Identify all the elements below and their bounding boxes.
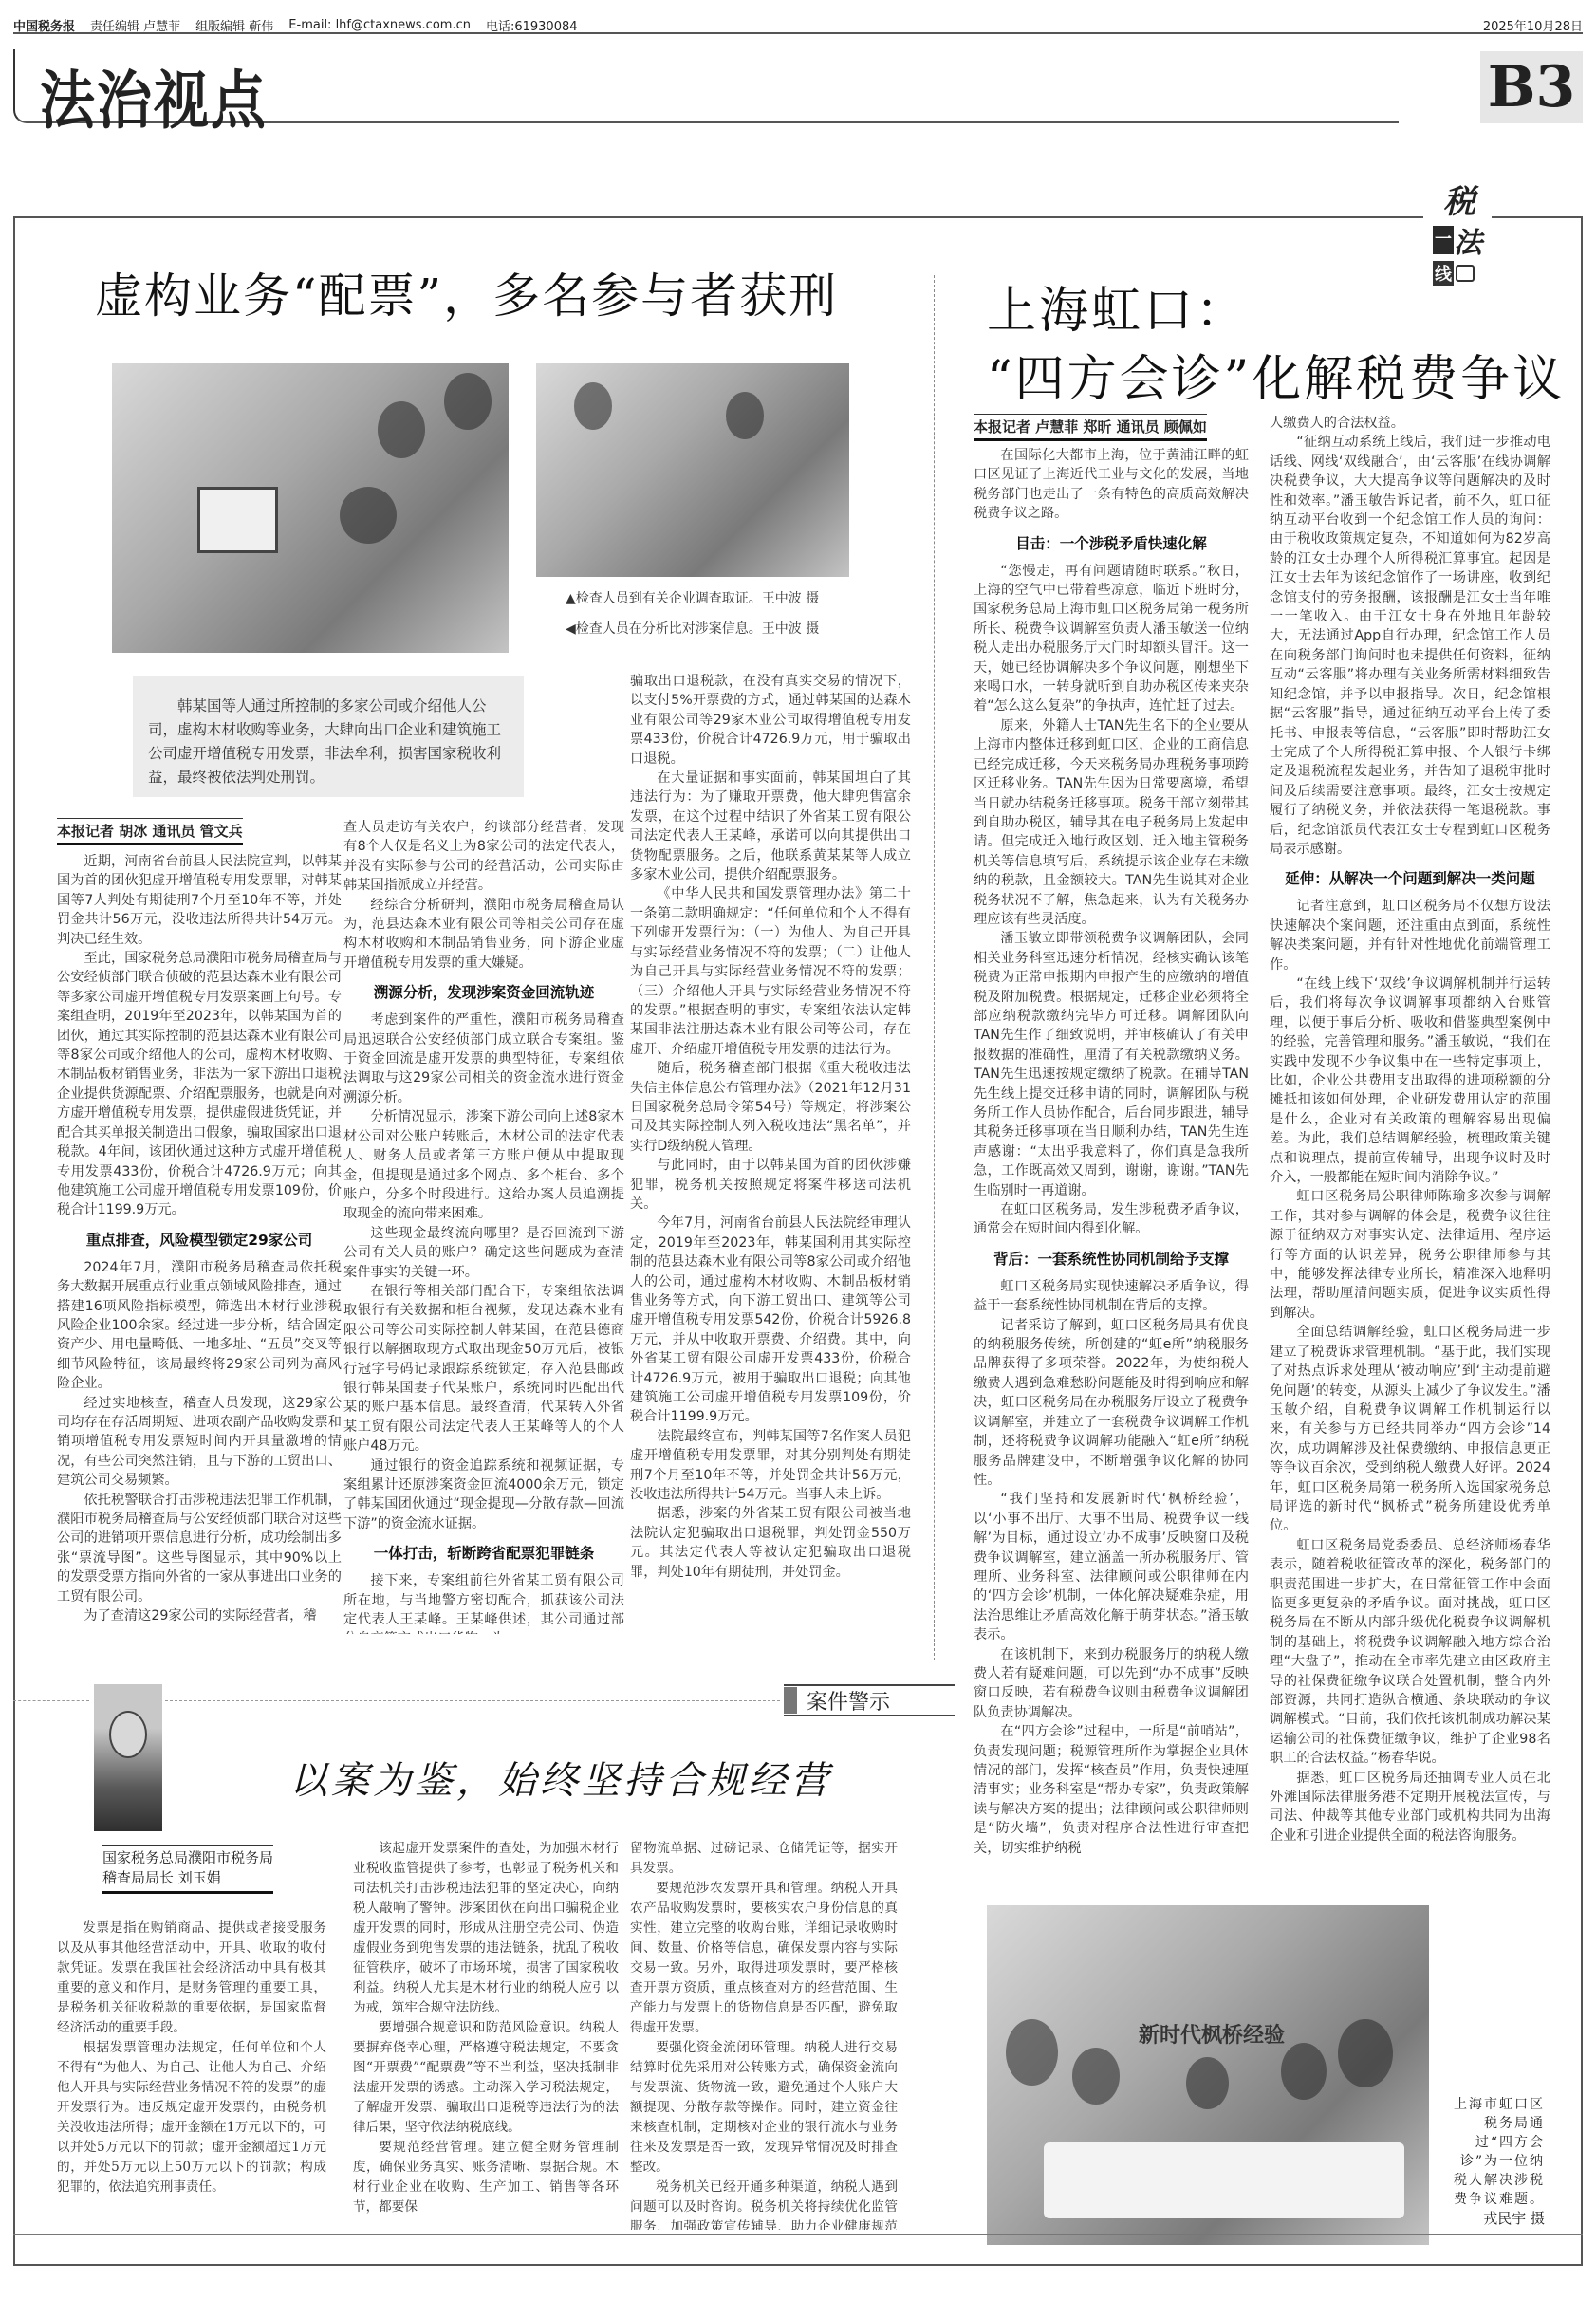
logo-block: 一 bbox=[1433, 226, 1454, 254]
subheading: 延伸：从解决一个问题到解决一类问题 bbox=[1270, 868, 1550, 889]
tag-label: 案件警示 bbox=[807, 1686, 890, 1716]
paragraph: 虹口区税务局实现快速解决矛盾争议，得益于一套系统性协同机制在背后的支撑。 bbox=[974, 1277, 1249, 1316]
article1-column-1: 近期，河南省台前县人民法院宣判，以韩某国为首的团伙犯虚开增值税专用发票罪，对韩某… bbox=[57, 852, 342, 1630]
section-title: 法治视点 bbox=[40, 49, 268, 141]
paragraph: 2024年7月，濮阳市税务局稽查局依托税务大数据开展重点行业重点领域风险排查，通… bbox=[57, 1258, 342, 1394]
paragraph: “在线上线下‘双线’争议调解机制并行运转后，我们将每次争议调解事项都纳入台账管理… bbox=[1270, 974, 1550, 1187]
issue-date: 2025年10月28日 bbox=[1483, 16, 1583, 34]
paragraph: 在国际化大都市上海，位于黄浦江畔的虹口区见证了上海近代工业与文化的发展，当地税务… bbox=[974, 446, 1249, 524]
article2-headline-line1: 上海虹口： bbox=[987, 277, 1565, 345]
paragraph: 查人员走访有关农户，约谈部分经营者，发现有8个人仅是名义上为8家公司的法定代表人… bbox=[343, 818, 624, 896]
paragraph: 根据发票管理办法规定，任何单位和个人不得有“为他人、为自己、让他人为自己、介绍他… bbox=[57, 2038, 326, 2198]
photo-caption-1: ▲检查人员到有关企业调查取证。王中波 摄 bbox=[566, 588, 819, 607]
article1-photo-inspection bbox=[536, 363, 849, 577]
paragraph: 据悉，虹口区税务局还抽调专业人员在北外滩国际法律服务港不定期开展税法宣传，与司法… bbox=[1270, 1769, 1550, 1846]
article2-headline-line2: “四方会诊”化解税费争议 bbox=[987, 345, 1565, 414]
monitor bbox=[197, 487, 278, 553]
paragraph: 《中华人民共和国发票管理办法》第二十一条第二款明确规定：“任何单位和个人不得有下… bbox=[630, 884, 911, 1059]
subheading: 一体打击，斩断跨省配票犯罪链条 bbox=[343, 1543, 624, 1564]
column-logo: 税 一法 线 bbox=[1433, 185, 1486, 286]
paragraph: 法院最终宣布，判韩某国等7名作案人员犯虚开增值税专用发票罪，对其分别判处有期徒刑… bbox=[630, 1427, 911, 1505]
subheading: 溯源分析，发现涉案资金回流轨迹 bbox=[343, 982, 624, 1003]
phone: 电话:61930084 bbox=[486, 16, 578, 34]
paragraph: 分析情况显示，涉案下游公司向上述8家木材公司对公账户转账后，木材公司的法定代表人… bbox=[343, 1107, 624, 1223]
paragraph: 记者注意到，虹口区税务局不仅想方设法快速解决个案问题，还注重由点到面，系统性解决… bbox=[1270, 897, 1550, 974]
separator-mid bbox=[165, 1700, 780, 1701]
subheading: 背后：一套系统性协同机制给予支撑 bbox=[974, 1249, 1249, 1270]
paragraph: 在“四方会诊”过程中，一所是“前哨站”，负责发现问题；税源管理所作为掌握企业具体… bbox=[974, 1722, 1249, 1858]
article2-headline: 上海虹口： “四方会诊”化解税费争议 bbox=[987, 277, 1565, 414]
paragraph: 据悉，涉案的外省某工贸有限公司被当地法院认定犯骗取出口退税罪，判处罚金550万元… bbox=[630, 1504, 911, 1582]
paragraph: 在大量证据和事实面前，韩某国坦白了其违法行为：为了赚取开票费，他大肆兜售富余发票… bbox=[630, 769, 911, 884]
paragraph: 依托税警联合打击涉税违法犯罪工作机制，濮阳市税务局稽查局与公安经侦部门联合对这些… bbox=[57, 1491, 342, 1606]
paragraph: 税务机关已经开通多种渠道，纳税人遇到问题可以及时咨询。税务机关将持续优化监管服务… bbox=[630, 2178, 898, 2230]
subheading: 目击：一个涉税矛盾快速化解 bbox=[974, 533, 1249, 554]
separator-left bbox=[13, 1700, 89, 1701]
meeting-table bbox=[1044, 2142, 1404, 2218]
article2-photo-meeting: 新时代枫桥经验 bbox=[987, 1905, 1429, 2245]
editor: 责任编辑 卢慧菲 bbox=[90, 16, 180, 34]
article1-column-3: 骗取出口退税款，在没有真实交易的情况下，以支付5%开票费的方式，通过韩某国的达森… bbox=[630, 672, 911, 1642]
paragraph: 记者采访了解到，虹口区税务局具有优良的纳税服务传统，所创建的“虹e所”纳税服务品… bbox=[974, 1316, 1249, 1491]
paragraph: 要增强合规意识和防范风险意识。纳税人要摒弃侥幸心理，严格遵守税法规定，不要贪图“… bbox=[353, 2018, 619, 2138]
article1-byline: 本报记者 胡冰 通讯员 管文兵 bbox=[57, 818, 243, 845]
paragraph: 骗取出口退税款，在没有真实交易的情况下，以支付5%开票费的方式，通过韩某国的达森… bbox=[630, 672, 911, 769]
bottom-rule bbox=[13, 2234, 1583, 2235]
article1-lead: 韩某国等人通过所控制的多家公司或介绍他人公司，虚构木材收购等业务，大肆向出口企业… bbox=[133, 676, 524, 797]
paragraph: 考虑到案件的严重性，濮阳市税务局稽查局迅速联合公安经侦部门成立联合专案组。鉴于资… bbox=[343, 1011, 624, 1107]
author-title: 稽查局局长 刘玉娟 bbox=[102, 1868, 273, 1888]
paragraph: 在虹口区税务局，发生涉税费矛盾争议，通常会在短时间内得到化解。 bbox=[974, 1200, 1249, 1239]
paragraph: 虹口区税务局公职律师陈瑜多次参与调解工作，其对参与调解的体会是，税费争议往往源于… bbox=[1270, 1187, 1550, 1323]
case-warning-tag: 案件警示 bbox=[784, 1684, 955, 1716]
article1-headline: 虚构业务“配票”，多名参与者获刑 bbox=[95, 258, 838, 326]
article3-column-2: 该起虚开发票案件的查处，为加强木材行业税收监管提供了参考，也彰显了税务机关和司法… bbox=[353, 1839, 619, 2230]
paragraph: 为了查清这29家公司的实际经营者，稽 bbox=[57, 1606, 342, 1625]
author-box: 国家税务总局濮阳市税务局 稽查局局长 刘玉娟 bbox=[102, 1845, 273, 1894]
paragraph: 经过实地核查，稽查人员发现，这29家公司均存在存活周期短、进项农副产品收购发票和… bbox=[57, 1394, 342, 1491]
paragraph: “征纳互动系统上线后，我们进一步推动电话线、网线‘双线融合’，由‘云客服’在线协… bbox=[1270, 433, 1550, 859]
logo-char-fa: 法 bbox=[1454, 219, 1482, 261]
paragraph: 要强化资金流闭环管理。纳税人进行交易结算时优先采用对公转账方式，确保资金流向与发… bbox=[630, 2038, 898, 2178]
photo-credit: 戎民宇 摄 bbox=[1450, 2209, 1545, 2228]
author-org: 国家税务总局濮阳市税务局 bbox=[102, 1848, 273, 1868]
paragraph: 接下来，专案组前往外省某工贸有限公司所在地，与当地警方密切配合，抓获该公司法定代… bbox=[343, 1571, 624, 1634]
portrait-face bbox=[109, 1711, 147, 1758]
page-number-badge: B3 bbox=[1480, 51, 1583, 123]
paragraph: 近期，河南省台前县人民法院宣判，以韩某国为首的团伙犯虚开增值税专用发票罪，对韩某… bbox=[57, 852, 342, 949]
article1-photo-office bbox=[112, 363, 509, 653]
layout-editor: 组版编辑 靳伟 bbox=[195, 16, 273, 34]
article3-column-3: 留物流单据、过磅记录、仓储凭证等，据实开具发票。要规范涉农发票开具和管理。纳税人… bbox=[630, 1839, 898, 2230]
paragraph: “我们坚持和发展新时代‘枫桥经验’，以‘小事不出厅、大事不出局、税费争议一线解’… bbox=[974, 1490, 1249, 1644]
paragraph: 虹口区税务局党委委员、总经济师杨春华表示，随着税收征管改革的深化，税务部门的职责… bbox=[1270, 1536, 1550, 1769]
paragraph: 随后，税务稽查部门根据《重大税收违法失信主体信息公布管理办法》（2021年12月… bbox=[630, 1059, 911, 1156]
paragraph: 原来，外籍人士TAN先生名下的企业要从上海市内整体迁移到虹口区，企业的工商信息已… bbox=[974, 716, 1249, 929]
article3-headline: 以案为鉴，始终坚持合规经营 bbox=[289, 1751, 832, 1805]
paragraph: 留物流单据、过磅记录、仓储凭证等，据实开具发票。 bbox=[630, 1839, 898, 1879]
paragraph: 通过银行的资金追踪系统和视频证据，专案组累计还原涉案资金回流4000余万元，锁定… bbox=[343, 1456, 624, 1534]
photo-wall-text: 新时代枫桥经验 bbox=[1139, 2019, 1285, 2049]
paragraph: 发票是指在购销商品、提供或者接受服务以及从事其他经营活动中，开具、收取的收付款凭… bbox=[57, 1919, 326, 2038]
email: E-mail: lhf@ctaxnews.com.cn bbox=[288, 18, 471, 32]
paragraph: 今年7月，河南省台前县人民法院经审理认定，2019年至2023年，韩某国利用其实… bbox=[630, 1214, 911, 1426]
paragraph: 这些现金最终流向哪里？是否回流到下游公司有关人员的账户？确定这些问题成为查清案件… bbox=[343, 1224, 624, 1282]
paragraph: 经综合分析研判，濮阳市税务局稽查局认为，范县达森木业有限公司等相关公司存在虚构木… bbox=[343, 896, 624, 974]
photo-caption-2: ◀检查人员在分析比对涉案信息。王中波 摄 bbox=[566, 619, 819, 638]
paper-name: 中国税务报 bbox=[13, 16, 75, 34]
caption-text: 上海市虹口区税务局通过“四方会诊”为一位纳税人解决涉税费争议难题。 bbox=[1450, 2095, 1545, 2209]
article2-column-2: 人缴费人的合法权益。“征纳互动系统上线后，我们进一步推动电话线、网线‘双线融合’… bbox=[1270, 414, 1550, 1894]
paragraph: 人缴费人的合法权益。 bbox=[1270, 414, 1550, 433]
paragraph: 在银行等相关部门配合下，专案组依法调取银行有关数据和柜台视频，发现达森木业有限公… bbox=[343, 1282, 624, 1456]
column-divider bbox=[934, 275, 935, 1660]
paragraph: 全面总结调解经验，虹口区税务局进一步建立了税费诉求管理机制。“基于此，我们实现了… bbox=[1270, 1323, 1550, 1535]
tag-bar bbox=[784, 1687, 797, 1714]
article1-column-2: 查人员走访有关农户，约谈部分经营者，发现有8个人仅是名义上为8家公司的法定代表人… bbox=[343, 818, 624, 1634]
paragraph: 在该机制下，来到办税服务厅的纳税人缴费人若有疑难问题，可以先到“办不成事”反映窗… bbox=[974, 1645, 1249, 1723]
paragraph: 该起虚开发票案件的查处，为加强木材行业税收监管提供了参考，也彰显了税务机关和司法… bbox=[353, 1839, 619, 2018]
paragraph: 要规范涉农发票开具和管理。纳税人开具农产品收购发票时，要核实农户身份信息的真实性… bbox=[630, 1879, 898, 2038]
logo-char-shui: 税 bbox=[1433, 185, 1486, 219]
paragraph: 潘玉敏立即带领税费争议调解团队，会同相关业务科室迅速分析情况，经核实确认该笔税费… bbox=[974, 929, 1249, 1200]
paragraph: “您慢走，再有问题请随时联系。”秋日，上海的空气中已带着些凉意，临近下班时分，国… bbox=[974, 562, 1249, 716]
paragraph: 要规范经营管理。建立健全财务管理制度，确保业务真实、账务清晰、票据合规。木材行业… bbox=[353, 2138, 619, 2217]
paragraph: 至此，国家税务总局濮阳市税务局稽查局与公安经侦部门联合侦破的范县达森木业有限公司… bbox=[57, 949, 342, 1220]
author-portrait bbox=[94, 1684, 162, 1831]
article2-photo-caption: 上海市虹口区税务局通过“四方会诊”为一位纳税人解决涉税费争议难题。 戎民宇 摄 bbox=[1450, 2095, 1545, 2228]
subheading: 重点排查，风险模型锁定29家公司 bbox=[57, 1230, 342, 1251]
article2-byline: 本报记者 卢慧菲 郑昕 通讯员 顾佩如 bbox=[974, 414, 1207, 441]
article3-column-1: 发票是指在购销商品、提供或者接受服务以及从事其他经营活动中，开具、收取的收付款凭… bbox=[57, 1919, 326, 2232]
masthead-rule bbox=[13, 32, 1583, 34]
paragraph: 与此同时，由于以韩某国为首的团伙涉嫌犯罪，税务机关按照规定将案件移送司法机关。 bbox=[630, 1156, 911, 1214]
